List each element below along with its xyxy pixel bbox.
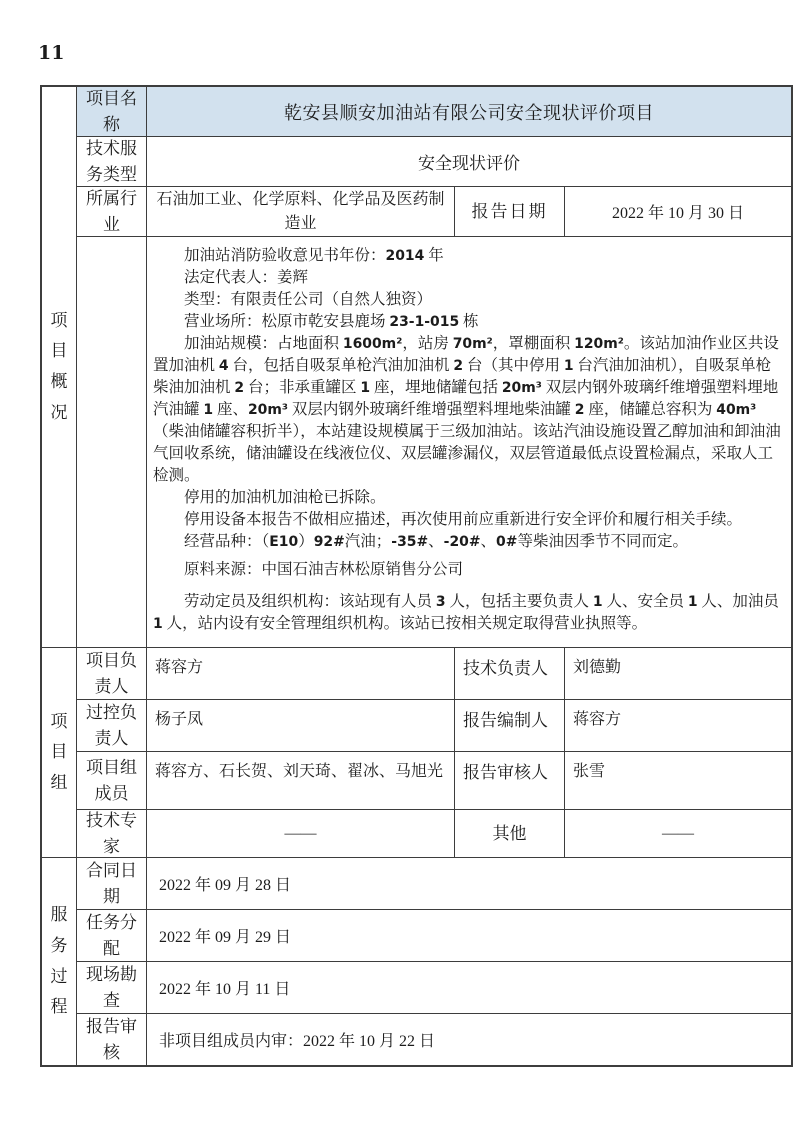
project-name-label: 项目名称 (77, 87, 147, 137)
process-value-task-assignment: 2022 年 09 月 29 日 (147, 910, 791, 962)
overview-paragraph: 经营品种：（E10）92#汽油；-35#、-20#、0#等柴油因季节不同而定。 (153, 531, 783, 553)
team-value-other: —— (565, 810, 791, 858)
overview-paragraph: 加油站消防验收意见书年份：2014 年 (153, 245, 783, 267)
report-date-label: 报告日期 (455, 187, 565, 237)
team-value-members: 蒋容方、石长贺、刘天琦、翟冰、马旭光 (147, 752, 455, 810)
overview-paragraph: 加油站规模：占地面积 1600m²，站房 70m²，罩棚面积 120m²。该站加… (153, 333, 783, 487)
team-value-report-writer: 蒋容方 (565, 700, 791, 752)
overview-paragraph: 营业场所：松原市乾安县鹿场 23-1-015 栋 (153, 311, 783, 333)
report-date-value: 2022 年 10 月 30 日 (565, 187, 791, 237)
process-label-task-assignment: 任务分配 (77, 910, 147, 962)
process-label-contract-date: 合同日期 (77, 858, 147, 910)
service-type-label: 技术服务类型 (77, 137, 147, 187)
team-value-tech-expert: —— (147, 810, 455, 858)
section-label-team: 项目组 (42, 648, 77, 858)
team-label-members: 项目组成员 (77, 752, 147, 810)
overview-paragraph: 停用的加油机加油枪已拆除。 (153, 487, 783, 509)
team-label-process-control: 过控负责人 (77, 700, 147, 752)
team-label-tech-expert: 技术专家 (77, 810, 147, 858)
team-value-report-reviewer: 张雪 (565, 752, 791, 810)
team-label-report-reviewer: 报告审核人 (455, 752, 565, 810)
page-number: 11 (38, 42, 64, 64)
process-value-report-review: 非项目组成员内审：2022 年 10 月 22 日 (147, 1014, 791, 1065)
service-type-value: 安全现状评价 (147, 137, 791, 187)
team-label-tech-leader: 技术负责人 (455, 648, 565, 700)
project-info-table: 项目概况 项目名称 乾安县顺安加油站有限公司安全现状评价项目 技术服务类型 安全… (40, 85, 793, 1067)
process-label-site-survey: 现场勘查 (77, 962, 147, 1014)
process-label-report-review: 报告审核 (77, 1014, 147, 1065)
overview-paragraph: 劳动定员及组织机构：该站现有人员 3 人，包括主要负责人 1 人、安全员 1 人… (153, 591, 783, 635)
overview-spacer-cell (77, 237, 147, 648)
process-value-contract-date: 2022 年 09 月 28 日 (147, 858, 791, 910)
team-label-other: 其他 (455, 810, 565, 858)
overview-paragraph: 类型：有限责任公司（自然人独资） (153, 289, 783, 311)
team-label-project-leader: 项目负责人 (77, 648, 147, 700)
overview-paragraph: 法定代表人：姜辉 (153, 267, 783, 289)
overview-paragraph: 停用设备本报告不做相应描述，再次使用前应重新进行安全评价和履行相关手续。 (153, 509, 783, 531)
overview-paragraph: 原料来源：中国石油吉林松原销售分公司 (153, 559, 783, 581)
team-value-project-leader: 蒋容方 (147, 648, 455, 700)
section-label-process: 服务过程 (42, 858, 77, 1065)
team-value-process-control: 杨子凤 (147, 700, 455, 752)
team-label-report-writer: 报告编制人 (455, 700, 565, 752)
industry-value: 石油加工业、化学原料、化学品及医药制造业 (147, 187, 455, 237)
team-value-tech-leader: 刘德勤 (565, 648, 791, 700)
section-label-overview: 项目概况 (42, 87, 77, 648)
process-value-site-survey: 2022 年 10 月 11 日 (147, 962, 791, 1014)
project-name-value: 乾安县顺安加油站有限公司安全现状评价项目 (147, 87, 791, 137)
overview-text-cell: 加油站消防验收意见书年份：2014 年 法定代表人：姜辉 类型：有限责任公司（自… (147, 237, 791, 648)
industry-label: 所属行业 (77, 187, 147, 237)
